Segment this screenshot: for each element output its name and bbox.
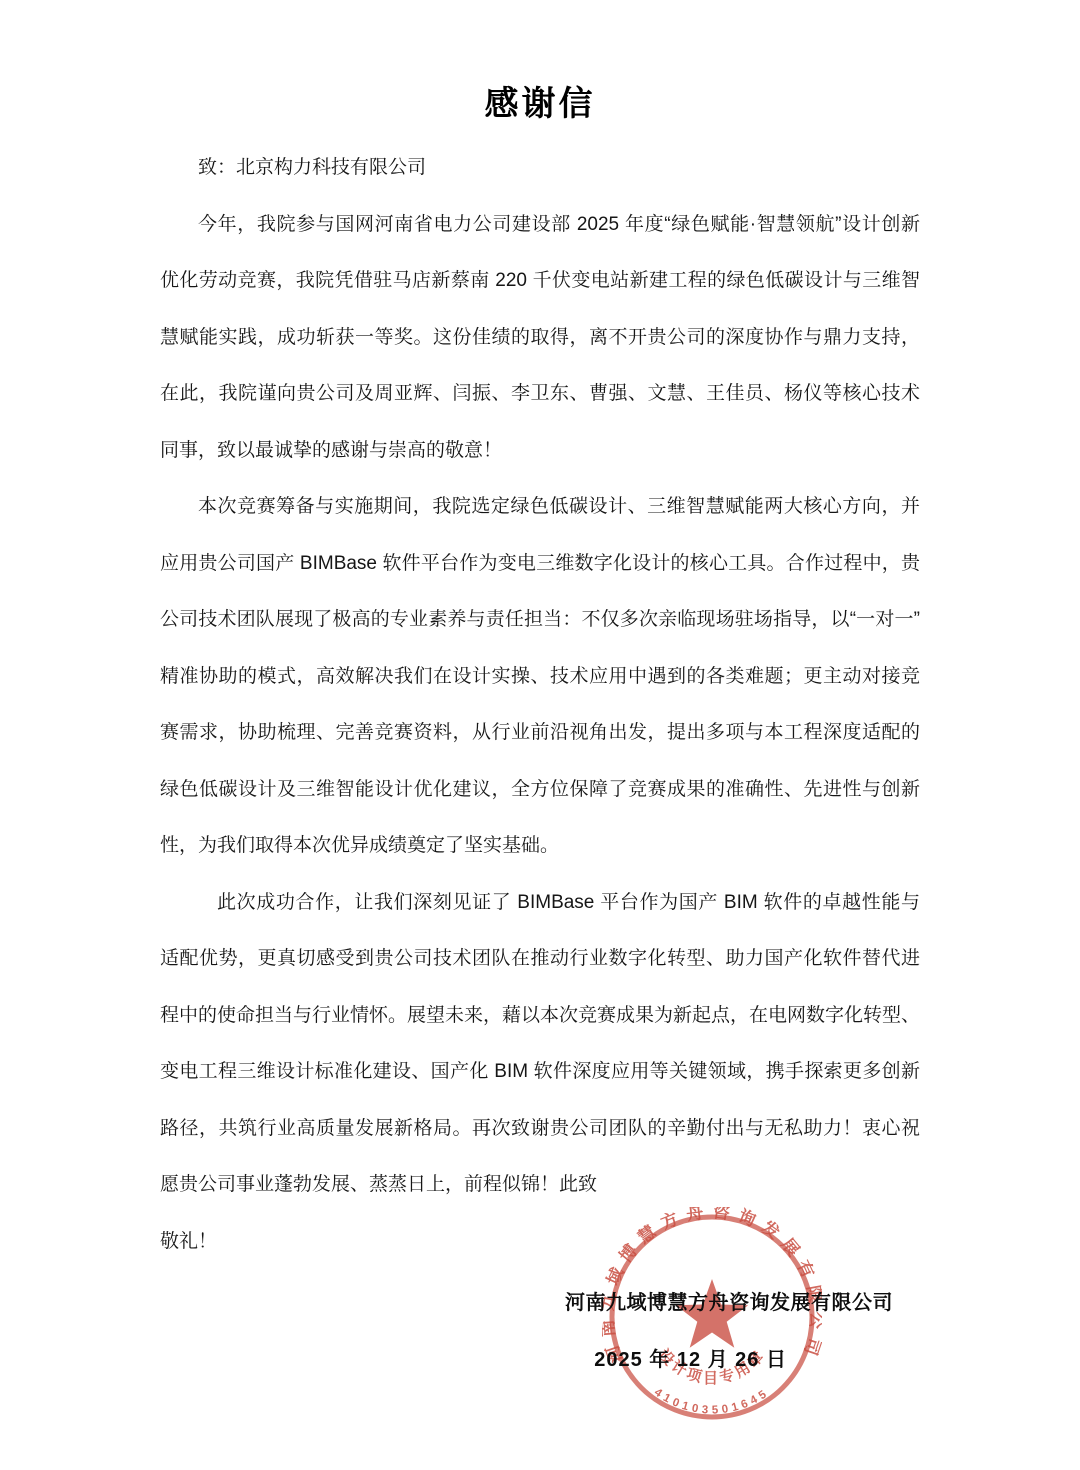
body-line: 变电工程三维设计标准化建设、国产化 BIM 软件深度应用等关键领域，携手探索更多… xyxy=(160,1044,920,1101)
body-line: 此次成功合作，让我们深刻见证了 BIMBase 平台作为国产 BIM 软件的卓越… xyxy=(160,875,920,932)
body-line: 同事，致以最诚挚的感谢与崇高的敬意！ xyxy=(160,423,920,480)
paragraphs-container: 今年，我院参与国网河南省电力公司建设部 2025 年度“绿色赋能·智慧领航”设计… xyxy=(160,197,920,1214)
body-line: 绿色低碳设计及三维智能设计优化建议，全方位保障了竞赛成果的准确性、先进性与创新 xyxy=(160,762,920,819)
body-line: 优化劳动竞赛，我院凭借驻马店新蔡南 220 千伏变电站新建工程的绿色低碳设计与三… xyxy=(160,253,920,310)
body-line: 赛需求，协助梳理、完善竞赛资料，从行业前沿视角出发，提出多项与本工程深度适配的 xyxy=(160,705,920,762)
body-line: 应用贵公司国产 BIMBase 软件平台作为变电三维数字化设计的核心工具。合作过… xyxy=(160,536,920,593)
body-line: 公司技术团队展现了极高的专业素养与责任担当：不仅多次亲临现场驻场指导，以“一对一… xyxy=(160,592,920,649)
company-seal: 河南九域博慧方舟咨询发展有限公司 设计项目专用章 410103501645 xyxy=(602,1207,822,1427)
body-line: 愿贵公司事业蓬勃发展、蒸蒸日上，前程似锦！此致 xyxy=(160,1157,920,1214)
body-line: 适配优势，更真切感受到贵公司技术团队在推动行业数字化转型、助力国产化软件替代进 xyxy=(160,931,920,988)
body-line: 性，为我们取得本次优异成绩奠定了坚实基础。 xyxy=(160,818,920,875)
letter-page: 感谢信 致：北京构力科技有限公司 今年，我院参与国网河南省电力公司建设部 202… xyxy=(0,0,1080,1470)
seal-serial-number: 410103501645 xyxy=(652,1386,772,1416)
letter-date: 2025 年 12 月 26 日 xyxy=(594,1343,787,1372)
letter-title: 感谢信 xyxy=(0,76,1080,125)
body-line: 程中的使命担当与行业情怀。展望未来，藉以本次竞赛成果为新起点，在电网数字化转型、 xyxy=(160,988,920,1045)
body-line: 本次竞赛筹备与实施期间，我院选定绿色低碳设计、三维智慧赋能两大核心方向，并 xyxy=(160,479,920,536)
body-line: 路径，共筑行业高质量发展新格局。再次致谢贵公司团队的辛勤付出与无私助力！衷心祝 xyxy=(160,1101,920,1158)
svg-text:410103501645: 410103501645 xyxy=(652,1386,772,1416)
body-line: 今年，我院参与国网河南省电力公司建设部 2025 年度“绿色赋能·智慧领航”设计… xyxy=(160,197,920,254)
body-line: 慧赋能实践，成功斩获一等奖。这份佳绩的取得，离不开贵公司的深度协作与鼎力支持， xyxy=(160,310,920,367)
letter-body: 致：北京构力科技有限公司 今年，我院参与国网河南省电力公司建设部 2025 年度… xyxy=(160,140,920,1270)
body-line: 在此，我院谨向贵公司及周亚辉、闫振、李卫东、曹强、文慧、王佳员、杨仪等核心技术 xyxy=(160,366,920,423)
recipient-line: 致：北京构力科技有限公司 xyxy=(160,140,920,197)
body-line: 精准协助的模式，高效解决我们在设计实操、技术应用中遇到的各类难题；更主动对接竞 xyxy=(160,649,920,706)
company-signature: 河南九域博慧方舟咨询发展有限公司 xyxy=(565,1286,893,1315)
